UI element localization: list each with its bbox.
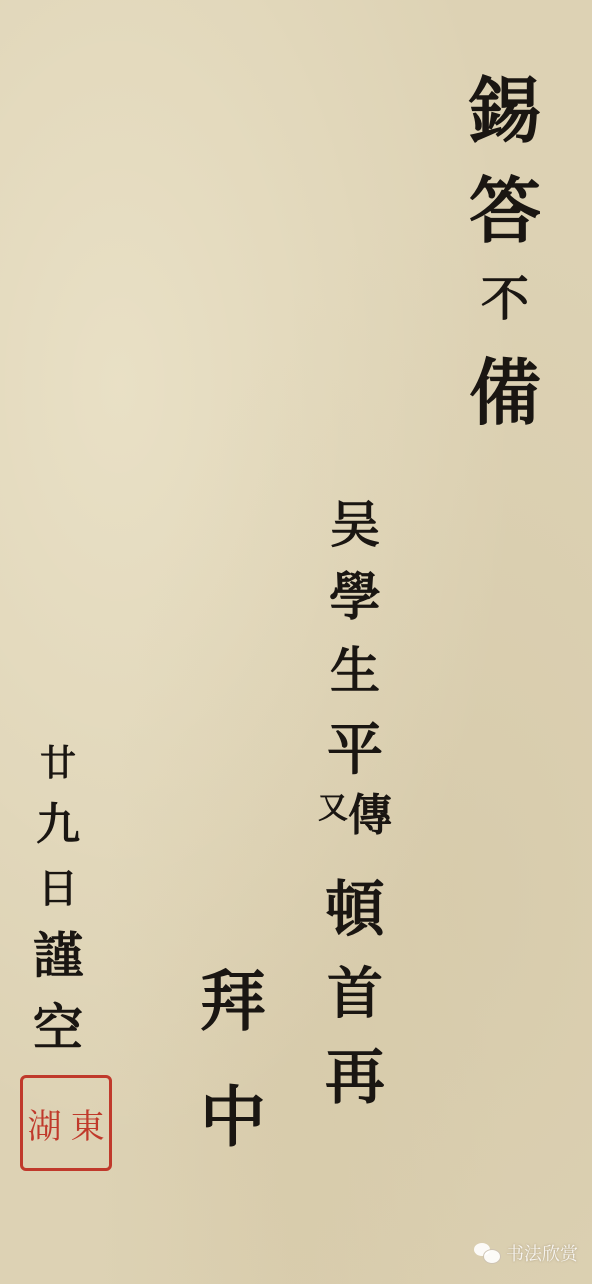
- calligraphy-char: 拜: [200, 968, 266, 1034]
- calligraphy-char: 謹: [33, 931, 83, 981]
- calligraphy-char: 空: [33, 1003, 83, 1053]
- calligraphy-char: 頓: [325, 880, 385, 940]
- calligraphy-column-2: 吴 學 生 平 又 傳 頓 首 再: [305, 500, 405, 1108]
- calligraphy-char: 平: [327, 722, 383, 778]
- wechat-icon: [474, 1243, 500, 1263]
- calligraphy-char: 生: [330, 646, 380, 696]
- calligraphy-char: 備: [469, 357, 541, 429]
- calligraphy-char: 答: [469, 175, 541, 247]
- calligraphy-column-1: 錫 答 不 備: [440, 75, 570, 457]
- red-seal-stamp: 湖 東: [20, 1075, 112, 1171]
- calligraphy-char: 又: [318, 794, 348, 824]
- calligraphy-char: 錫: [469, 75, 541, 147]
- calligraphy-char: 吴: [330, 500, 380, 550]
- watermark-text: 书法欣赏: [506, 1240, 578, 1266]
- calligraphy-char: 九: [36, 803, 80, 847]
- calligraphy-char: 中: [200, 1084, 266, 1150]
- seal-char: 東: [71, 1099, 105, 1148]
- calligraphy-char: 學: [329, 572, 381, 624]
- calligraphy-char: 不: [481, 275, 529, 323]
- calligraphy-char: 日: [38, 869, 78, 909]
- seal-char: 湖: [28, 1099, 62, 1148]
- calligraphy-char: 再: [325, 1048, 385, 1108]
- watermark: 书法欣赏: [474, 1240, 578, 1266]
- calligraphy-char: 傳: [348, 794, 392, 838]
- calligraphy-char: 首: [327, 966, 383, 1022]
- calligraphy-char: 廿: [40, 745, 76, 781]
- calligraphy-column-3: 拜 中: [188, 968, 278, 1200]
- calligraphy-column-4: 廿 九 日 謹 空: [18, 745, 98, 1075]
